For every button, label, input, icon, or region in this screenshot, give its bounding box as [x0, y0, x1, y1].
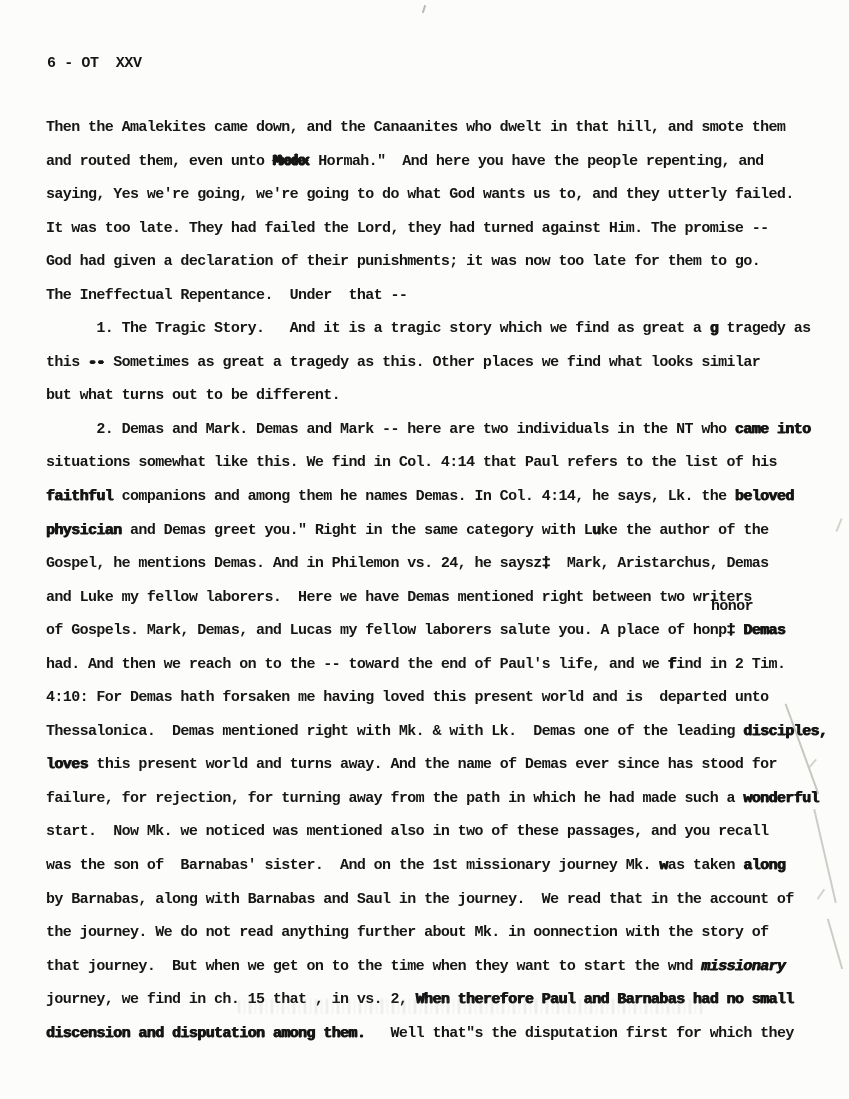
text-line-23: was the son of Barnabas' sister. And on … [46, 849, 836, 883]
text-line-14: Gospel, he mentions Demas. And in Philem… [46, 547, 836, 581]
text-line-8: this -- Sometimes as great a tragedy as … [46, 346, 836, 380]
text-line-10: 2. Demas and Mark. Demas and Mark -- her… [46, 413, 836, 447]
document-page: 6 - OT XXV Then the Amalekites came down… [0, 0, 849, 1099]
text-line-20: loves this present world and turns away.… [46, 748, 836, 782]
text-line-1: Then the Amalekites came down, and the C… [46, 111, 836, 145]
text-line-26: that journey. But when we get on to the … [46, 950, 836, 984]
page-header: 6 - OT XXV [47, 55, 142, 72]
text-line-28: discension and disputation among them. W… [46, 1017, 836, 1051]
text-line-21: failure, for rejection, for turning away… [46, 782, 836, 816]
text-line-25: the journey. We do not read anything fur… [46, 916, 836, 950]
text-line-6: The Ineffectual Repentance. Under that -… [46, 279, 836, 313]
crease-mark [835, 518, 842, 532]
text-line-3: saying, Yes we're going, we're going to … [46, 178, 836, 212]
text-line-12: faithful companions and among them he na… [46, 480, 836, 514]
text-line-4: It was too late. They had failed the Lor… [46, 212, 836, 246]
text-line-18: 4:10: For Demas hath forsaken me having … [46, 681, 836, 715]
text-line-9: but what turns out to be different. [46, 379, 836, 413]
text-line-24: by Barnabas, along with Barnabas and Sau… [46, 883, 836, 917]
text-line-11: situations somewhat like this. We find i… [46, 446, 836, 480]
text-line-22: start. Now Mk. we noticed was mentioned … [46, 815, 836, 849]
text-line-17: had. And then we reach on to the -- towa… [46, 648, 836, 682]
text-line-7: 1. The Tragic Story. And it is a tragic … [46, 312, 836, 346]
text-line-5: God had given a declaration of their pun… [46, 245, 836, 279]
text-line-16: of Gospels. Mark, Demas, and Lucas my fe… [46, 614, 836, 648]
scan-artifact-mark [422, 5, 426, 13]
text-line-2: and routed them, even unto Mxxkx Hormah.… [46, 145, 836, 179]
text-line-13: physician and Demas greet you." Right in… [46, 514, 836, 548]
interline-correction: honor [711, 598, 753, 615]
text-line-19: Thessalonica. Demas mentioned right with… [46, 715, 836, 749]
document-lines: Then the Amalekites came down, and the C… [46, 111, 836, 1050]
ink-offset-smudge [238, 999, 706, 1014]
